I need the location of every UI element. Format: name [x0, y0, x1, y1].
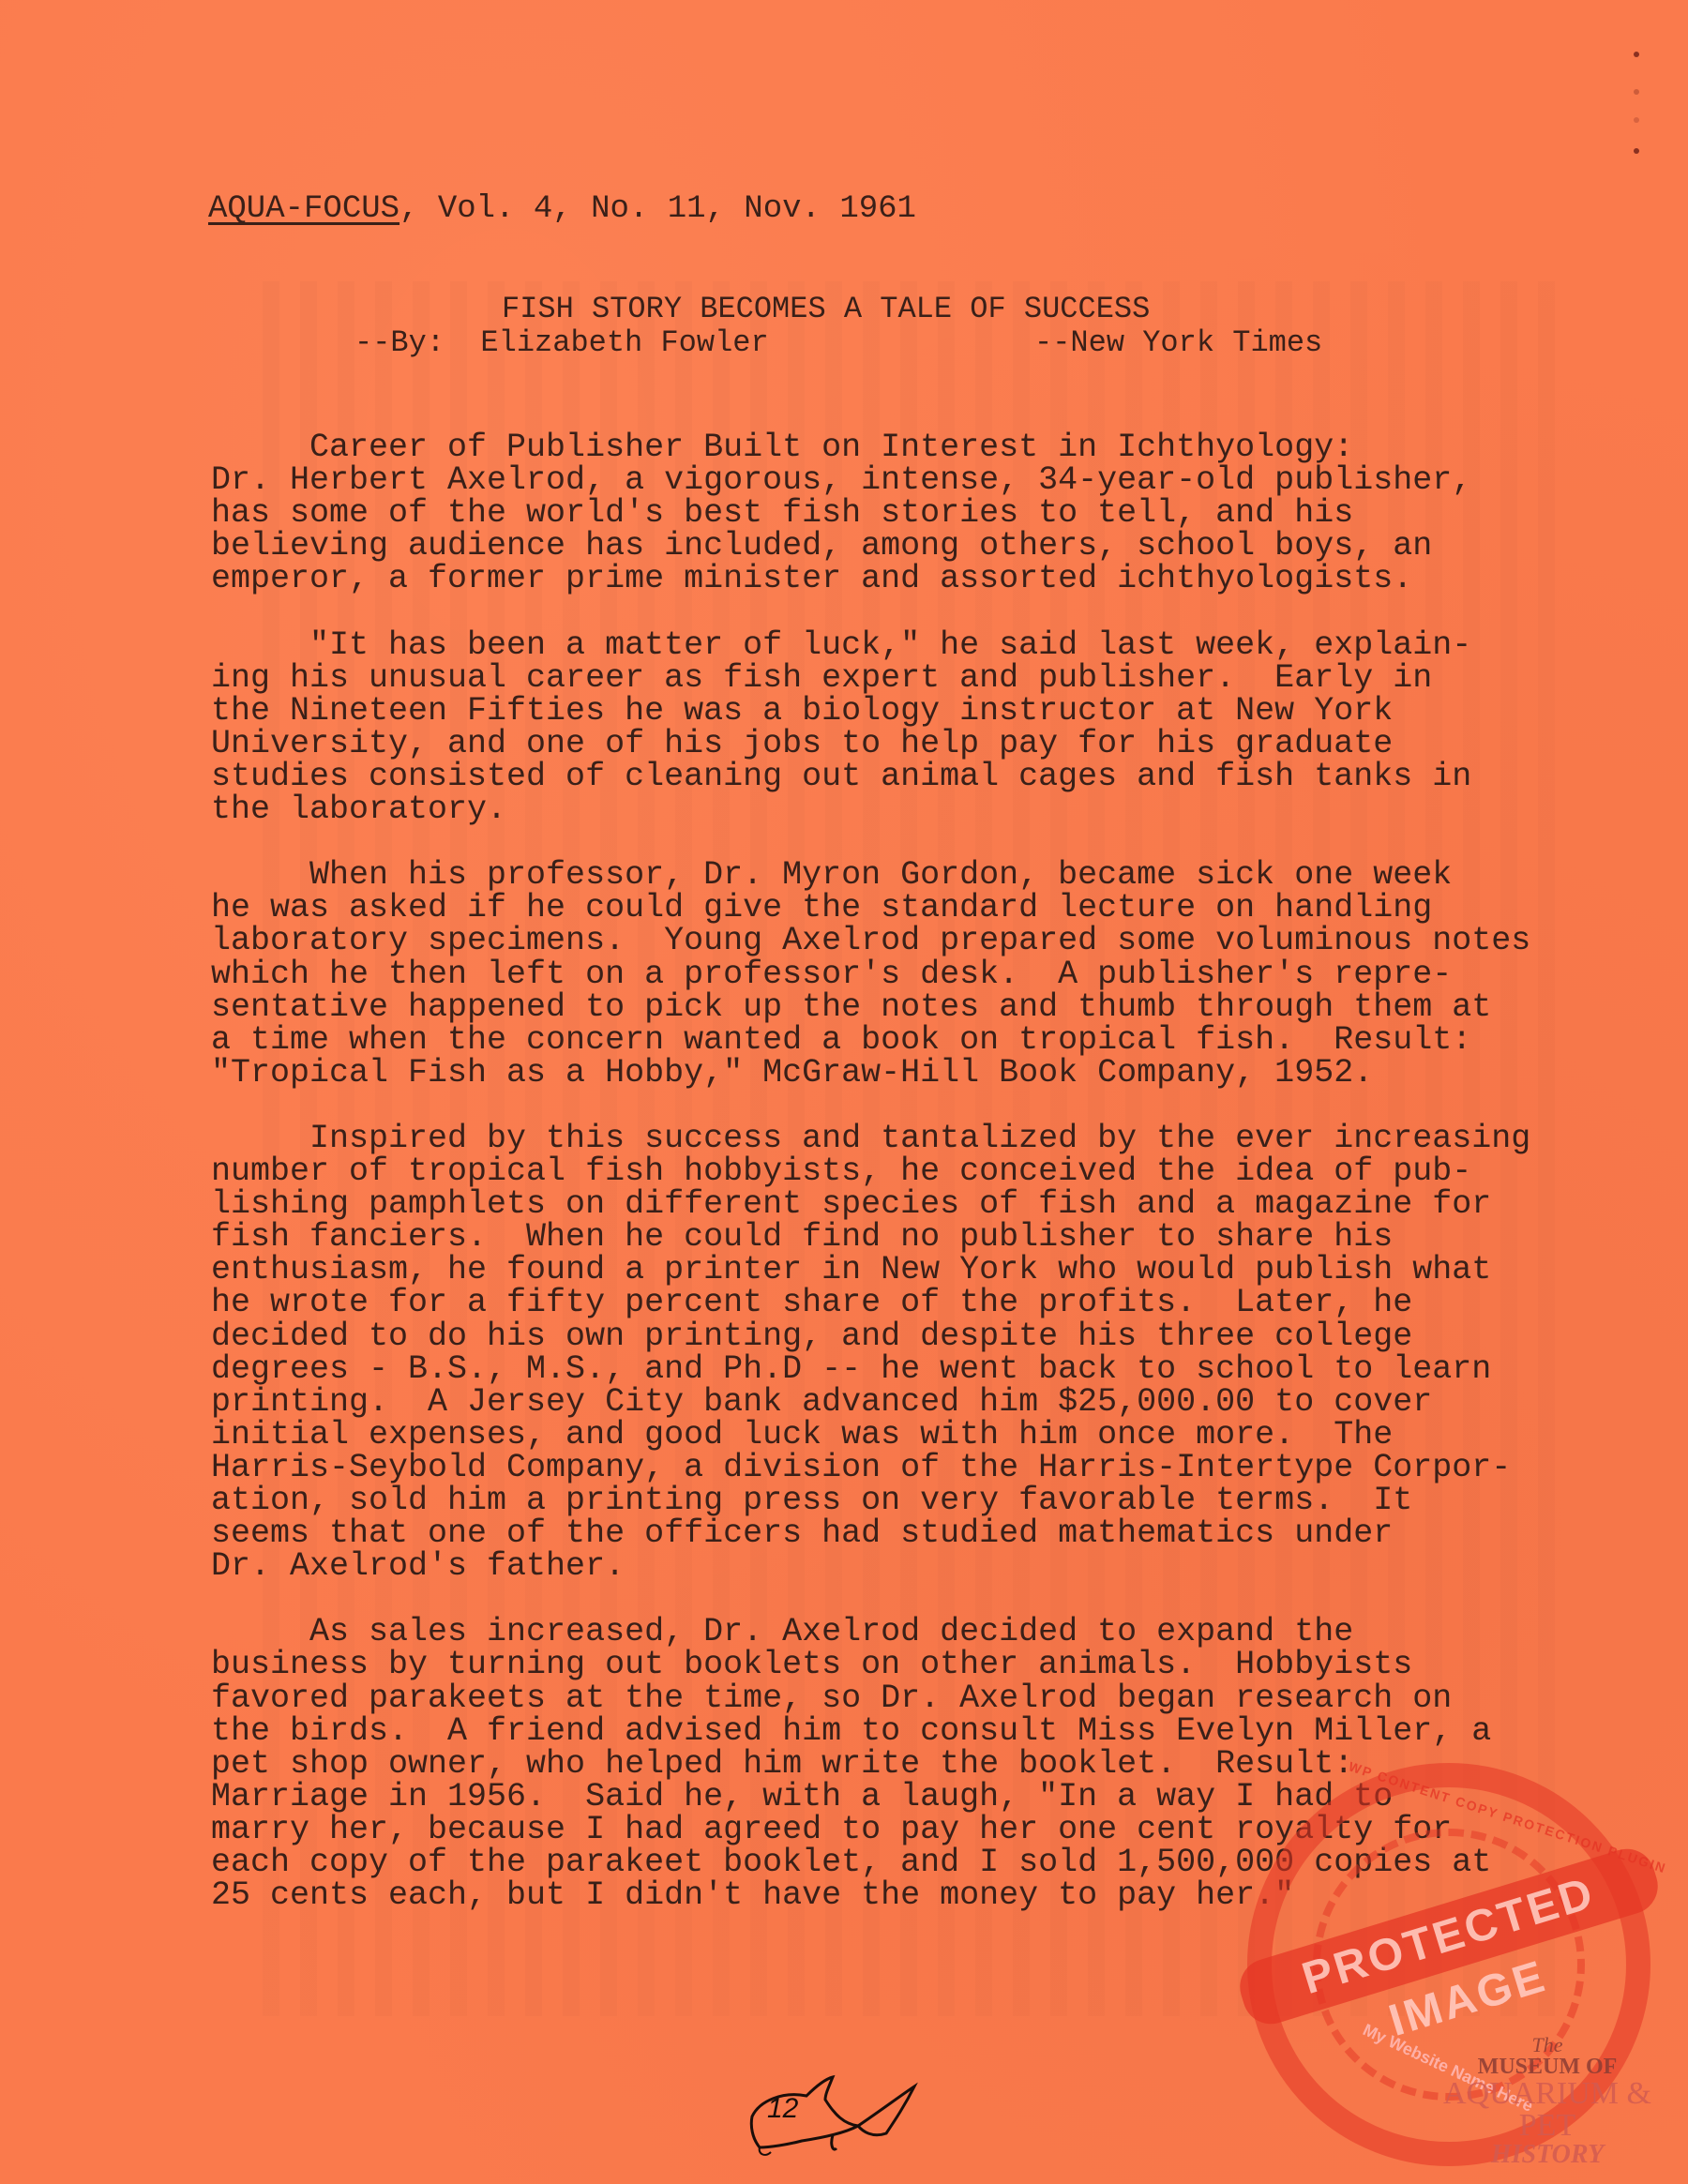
text-line: initial expenses, and good luck was with… — [211, 1419, 1618, 1452]
text-line: the laboratory. — [211, 793, 1618, 826]
text-line: Dr. Herbert Axelrod, a vigorous, intense… — [211, 464, 1618, 497]
text-line: number of tropical fish hobbyists, he co… — [211, 1155, 1618, 1188]
text-line: Inspired by this success and tantalized … — [211, 1122, 1618, 1155]
paragraph: Career of Publisher Built on Interest in… — [211, 431, 1618, 595]
text-line: the birds. A friend advised him to consu… — [211, 1715, 1618, 1748]
fish-drawing-icon — [731, 2058, 919, 2161]
text-line: favored parakeets at the time, so Dr. Ax… — [211, 1682, 1618, 1715]
museum-logo: The MUSEUM OF AQUARIUM & PET HISTORY — [1439, 2035, 1655, 2168]
text-line: he was asked if he could give the standa… — [211, 892, 1618, 925]
text-line: sentative happened to pick up the notes … — [211, 991, 1618, 1024]
text-line: Dr. Axelrod's father. — [211, 1550, 1618, 1583]
text-line: ation, sold him a printing press on very… — [211, 1484, 1618, 1517]
text-line: seems that one of the officers had studi… — [211, 1517, 1618, 1550]
museum-logo-line3: HISTORY — [1439, 2142, 1655, 2168]
article-body: Career of Publisher Built on Interest in… — [211, 431, 1618, 1945]
text-line: believing audience has included, among o… — [211, 530, 1618, 563]
paragraph: When his professor, Dr. Myron Gordon, be… — [211, 859, 1618, 1090]
publication-header: AQUA-FOCUS, Vol. 4, No. 11, Nov. 1961 — [208, 192, 916, 226]
mark-dot — [1634, 52, 1639, 57]
text-line: a time when the concern wanted a book on… — [211, 1024, 1618, 1057]
text-line: ing his unusual career as fish expert an… — [211, 662, 1618, 695]
text-line: business by turning out booklets on othe… — [211, 1649, 1618, 1681]
byline-author: --By: Elizabeth Fowler — [354, 326, 769, 360]
issue-info: , Vol. 4, No. 11, Nov. 1961 — [399, 191, 916, 227]
text-line: "Tropical Fish as a Hobby," McGraw-Hill … — [211, 1057, 1618, 1090]
text-line: enthusiasm, he found a printer in New Yo… — [211, 1254, 1618, 1287]
article-title: FISH STORY BECOMES A TALE OF SUCCESS — [502, 293, 1150, 326]
text-line: the Nineteen Fifties he was a biology in… — [211, 695, 1618, 728]
paragraph: Inspired by this success and tantalized … — [211, 1122, 1618, 1583]
page-number: 12 — [767, 2093, 798, 2125]
text-line: University, and one of his jobs to help … — [211, 728, 1618, 761]
text-line: which he then left on a professor's desk… — [211, 958, 1618, 991]
text-line: As sales increased, Dr. Axelrod decided … — [211, 1616, 1618, 1649]
text-line: When his professor, Dr. Myron Gordon, be… — [211, 859, 1618, 892]
margin-punch-marks — [1632, 52, 1641, 164]
text-line: lishing pamphlets on different species o… — [211, 1188, 1618, 1221]
mark-dot — [1634, 89, 1639, 95]
museum-logo-the: The — [1439, 2035, 1655, 2056]
text-line: he wrote for a fifty percent share of th… — [211, 1287, 1618, 1319]
text-line: laboratory specimens. Young Axelrod prep… — [211, 925, 1618, 957]
text-line: Career of Publisher Built on Interest in… — [211, 431, 1618, 464]
mark-dot — [1634, 117, 1639, 123]
text-line: studies consisted of cleaning out animal… — [211, 761, 1618, 793]
publication-name: AQUA-FOCUS — [208, 191, 399, 227]
text-line: decided to do his own printing, and desp… — [211, 1320, 1618, 1353]
mark-dot — [1634, 148, 1639, 154]
text-line: fish fanciers. When he could find no pub… — [211, 1221, 1618, 1254]
text-line: Harris-Seybold Company, a division of th… — [211, 1452, 1618, 1484]
museum-logo-line1: MUSEUM OF — [1439, 2056, 1655, 2078]
paragraph: "It has been a matter of luck," he said … — [211, 629, 1618, 827]
museum-logo-line2: AQUARIUM & PET — [1439, 2078, 1655, 2142]
text-line: printing. A Jersey City bank advanced hi… — [211, 1386, 1618, 1419]
text-line: "It has been a matter of luck," he said … — [211, 629, 1618, 662]
byline-source: --New York Times — [1034, 326, 1322, 360]
text-line: emperor, a former prime minister and ass… — [211, 563, 1618, 595]
text-line: has some of the world's best fish storie… — [211, 497, 1618, 530]
text-line: degrees - B.S., M.S., and Ph.D -- he wen… — [211, 1353, 1618, 1386]
